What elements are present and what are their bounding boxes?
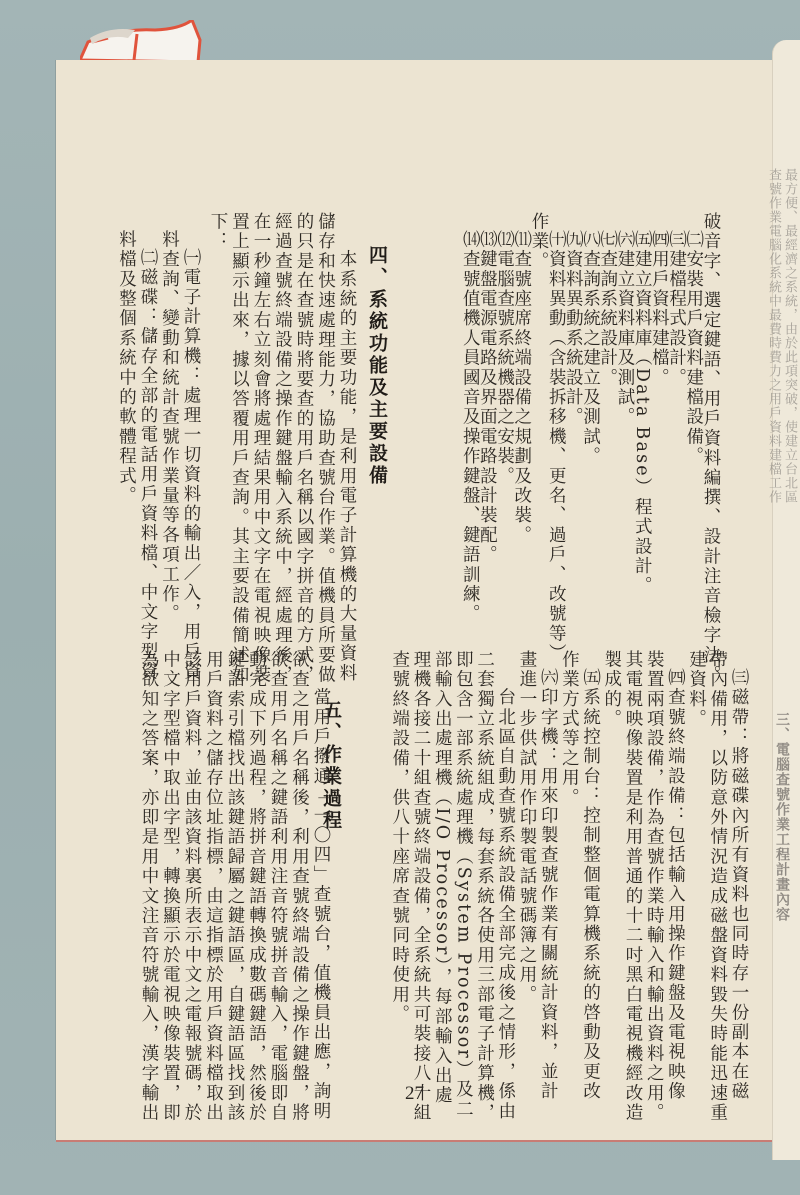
list-item: 料檔及整個系統中的軟體程式。 (116, 230, 137, 506)
text-column: 查號終端設備，供八十座席查號同時使用。 (389, 650, 410, 1024)
torn-label-sticker (80, 20, 205, 62)
text-column: 台北區自動查號系統設備全部完成後之情形，係由 (495, 668, 516, 1121)
paragraph-column: 中文字型檔中取出字型，轉換顯示於電視映像裝置，即 (160, 650, 181, 1123)
text-column: 作業方式等之用。 (558, 650, 579, 808)
text-column: 製成的。 (601, 650, 622, 729)
paragraph-column: 為欲知之答案，亦即是用中文注音符號輸入，漢字輸出 (138, 650, 159, 1123)
paragraph-column: 欲查用戶名稱之鍵語利用注音符號拼音輸入，電腦即自 (267, 650, 288, 1123)
text-column: 帶內備用，以防意外情況造成磁盤資料毀失時能迅速重 (707, 650, 728, 1123)
page-number: 27 (405, 1083, 424, 1105)
text-column: 建資料。 (686, 650, 707, 729)
paragraph-column: 在一秒鐘左右立刻會將處理結果用中文字在電視映像裝 (250, 212, 271, 685)
paragraph-column: 當用戶撥通「一〇四」查號台，值機員出應，詢明 (310, 668, 331, 1121)
facing-page-text-2: 查號作業電腦化系統中最費時費力之用戶資料建檔工作 (764, 168, 783, 504)
paragraph-column: 用戶資料之儲存位址指標，由這指標於用戶資料檔取出 (203, 650, 224, 1123)
text-column: ⒁查號值機人員國音及操作鍵盤、鍵語訓練。 (459, 230, 480, 624)
text-column: 部輸入出處理機（I/O Processor），每部輸入出處 (431, 650, 452, 1105)
section-four-heading: 四、系統功能及主要設備 (364, 245, 391, 487)
text-column: 二套獨立系統組成，每套系統各使用三部電子計算機， (474, 650, 495, 1123)
text-column: ㈥印字機：用來印製查號作業有關統計資料，並計 (537, 668, 558, 1101)
paragraph-column: 本系統的主要功能，是利用電子計算機的大量資料 (336, 230, 357, 683)
paragraph-column: 欲查之用戶名稱後，利用查號終端設備之操作鍵盤，將 (289, 650, 310, 1123)
text-column: ㈢磁帶：將磁碟內所有資料也同時存一份副本在磁 (728, 668, 749, 1101)
text-column: 其電視映像裝置是利用普通的十二吋黑白電視機經改造 (622, 650, 643, 1123)
text-column: 即包含一部系統處理機（System Processor）及二 (452, 650, 473, 1119)
paragraph-column: 儲存和快速處理能力，協助查號台作業。值機員所要做 (315, 212, 336, 685)
paragraph-column: 鍵語索引檔找出該鍵語歸屬之鍵語區，自鍵語區找到該 (224, 650, 245, 1123)
paragraph-column: 該用戶資料，並由該資料裏所表示中文之電報號碼，於 (181, 650, 202, 1123)
list-item: ㈠電子計算機：處理一切資料的輸出／入，用戶資 (180, 248, 201, 681)
paragraph-column: 的只是在查號時將要查的用戶名稱以國字拼音的方式， (293, 212, 314, 685)
text-column: ㈣查號終端設備：包括輸入用操作鍵盤及電視映像 (664, 668, 685, 1101)
text-column: ㈩資料異動（含裝拆移機、更名、過戶、改號等） (545, 230, 566, 663)
text-column: ㈤系統控制台：控制整個電算機系統的啓動及更改 (580, 668, 601, 1101)
paragraph-column: 置上顯示出來，據以答覆用戶查詢。其主要設備簡述如 (229, 212, 250, 685)
facing-page-header: 三、電腦查號作業工程計畫內容 (772, 712, 792, 922)
paragraph-column: 經過查號終端設備之操作鍵盤輸入系統中，經處理後， (272, 212, 293, 685)
text-column: 畫進一步供試用作印製電話號碼簿之用。 (516, 650, 537, 1005)
list-item: 料查詢、變動和統計查號作業量等各項工作。 (159, 230, 180, 624)
paragraph-column: 動完成下列過程，將拼音鍵語轉換成數碼鍵語，然後於 (246, 650, 267, 1123)
text-column: 裝置兩項設備，作為查號作業時輸入和輸出資料之用。 (643, 650, 664, 1123)
paragraph-column: 下： (207, 212, 228, 251)
list-item: ㈡磁碟：儲存全部的電話用戶資料檔、中文字型資 (137, 248, 158, 681)
text-column: 理機各接二十組查號終端設備，全系統共可裝接八十組 (410, 650, 431, 1123)
